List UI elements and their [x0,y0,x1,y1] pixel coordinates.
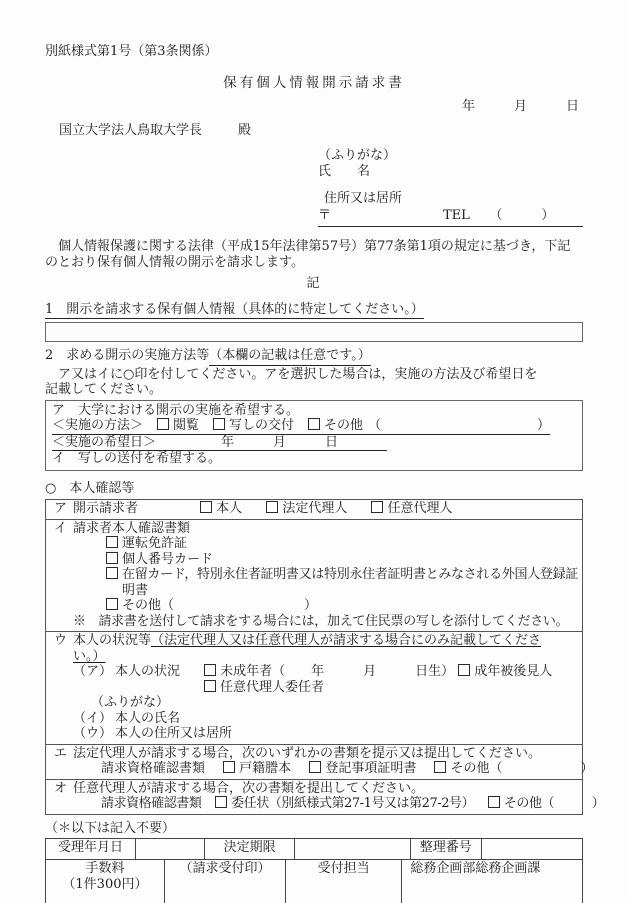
disclosure-method-box: ア 大学における開示の実施を希望する。 ＜実施の方法＞ 閲覧 写しの交付 その他… [45,400,583,471]
checkbox-option-zairyu[interactable]: 在留カード，特別永住者証明書又は特別永住者証明書とみなされる外国人登録証 [106,567,577,583]
row-u-title-line1: 本人の状況等（法定代理人又は任意代理人が請求する場合にのみ記載してくださ [73,633,577,649]
form-number: 別紙様式第1号（第3条関係） [45,44,583,60]
checkbox-icon [213,418,225,430]
fee-sub-label: （1件300円） [50,877,160,893]
checkbox-icon [200,501,212,513]
body-paragraph: 個人情報保護に関する法律（平成15年法律第57号）第77条第1項の規定に基づき，… [45,239,583,270]
row-label: ア [54,501,67,517]
row-u-note-part2: い。） [73,649,106,664]
option-i-line[interactable]: イ 写しの送付を希望する。 [52,451,578,467]
receipt-date-blank [135,839,204,859]
checkbox-option-etsuran[interactable]: 閲覧 [157,418,199,434]
minor-birthdate-blank[interactable]: （ 年 月 日生） [272,664,454,679]
name-label: 氏 名 [318,164,583,180]
row-a-title: 開示請求者 [73,501,138,516]
checkbox-option-mynumber[interactable]: 個人番号カード [106,552,577,568]
desired-date-row: ＜実施の希望日＞ 年 月 日 [52,435,578,452]
table-row-a: ア 開示請求者 本人 法定代理人 任意代理人 [46,500,582,519]
checkbox-option-adult-ward[interactable]: 成年被後見人 [458,664,552,679]
tel-label: TEL [443,208,470,224]
checkbox-option-sonota[interactable]: その他 [308,418,363,434]
honorific-label: 殿 [238,123,251,138]
checkbox-icon [215,796,227,808]
checkbox-option-koseki[interactable]: 戸籍謄本 [223,761,291,776]
desired-date-field[interactable]: ＜実施の希望日＞ 年 月 日 [52,435,387,452]
table-row-o: オ 任意代理人が請求する場合，次の書類を提出してください。 請求資格確認書類 委… [46,779,582,814]
identity-table: ア 開示請求者 本人 法定代理人 任意代理人 イ 請求者本人確認書類 運転免許証… [45,499,583,815]
checkbox-icon [106,552,118,564]
checkbox-option-ininjo[interactable]: 委任状（別紙様式第27-1号又は第27-2号） [215,796,474,811]
ki-heading: 記 [45,276,583,292]
applicant-block: （ふりがな） 氏 名 住所又は居所 〒 TEL （ ） [318,148,583,227]
checkbox-icon [204,680,216,692]
body-line-1: 個人情報保護に関する法律（平成15年法律第57号）第77条第1項の規定に基づき，… [45,239,583,255]
row-o-title: 任意代理人が請求する場合，次の書類を提出してください。 [73,781,577,797]
checkbox-option-minor[interactable]: 未成年者 [204,664,272,679]
checkbox-option-toki[interactable]: 登記事項証明書 [309,761,416,776]
tel-paren-blank[interactable]: （ ） [470,208,555,224]
checkbox-label: その他（ ） [122,598,317,613]
body-line-2: のとおり保有個人情報の開示を請求します。 [45,255,583,271]
other-close-paren: ） [537,418,550,434]
method-line: ＜実施の方法＞ 閲覧 写しの交付 その他 （ ） [52,418,550,435]
checkbox-label: 成年被後見人 [474,664,552,679]
person-name-line: （イ）本人の氏名 [73,711,577,727]
checkbox-icon [488,796,500,808]
checkbox-option-other-doc[interactable]: その他（ ） [106,598,577,614]
checkbox-option-nini-dairinin[interactable]: 任意代理人 [371,501,452,516]
row-e-title: 法定代理人が請求する場合，次のいずれかの書類を提示又は提出してください。 [73,746,577,762]
date-line: 年 月 日 [45,99,583,115]
checkbox-option-hotei-dairinin[interactable]: 法定代理人 [266,501,347,516]
checkbox-icon [223,761,235,773]
table-row-u: ウ 本人の状況等（法定代理人又は任意代理人が請求する場合にのみ記載してくださ い… [46,631,582,744]
furigana-label: （ふりがな） [91,695,577,711]
document-page: 別紙様式第1号（第3条関係） 保有個人情報開示請求書 年 月 日 国立大学法人鳥… [0,0,630,903]
office-table-row1: 受理年月日 決定期限 整理番号 [46,839,582,859]
row-o-docs-line: 請求資格確認書類 委任状（別紙様式第27-1号又は第27-2号） その他（ ） [101,796,577,812]
docs-label: 請求資格確認書類 [101,761,205,776]
section2-instruction-line1: ア又はイに○印を付してください。アを選択した場合は，実施の方法及び希望日を [45,367,583,383]
page-title: 保有個人情報開示請求書 [45,76,583,92]
decision-deadline-blank [294,839,410,859]
checkbox-icon [106,536,118,548]
row-i-title: 請求者本人確認書類 [73,521,577,537]
checkbox-option-delegator[interactable]: 任意代理人委任者 [204,680,577,696]
checkbox-label: 本人 [216,501,242,516]
checkbox-label: その他（ ） [450,761,593,776]
person-address-title: 本人の住所又は居所 [115,726,232,741]
checkbox-option-utsushi[interactable]: 写しの交付 [213,418,294,434]
checkbox-icon [434,761,446,773]
docs-label: 請求資格確認書類 [101,796,201,811]
checkbox-icon [371,501,383,513]
checkbox-icon [106,598,118,610]
sub-label-a: （ア） [73,664,115,680]
reference-number-blank [481,839,582,859]
office-use-table: 受理年月日 決定期限 整理番号 手数料 （1件300円） （請求受付印） 受付担… [45,838,583,903]
checkbox-label: 運転免許証 [122,536,187,551]
row-label: イ [54,521,67,537]
receipt-stamp-label: （請求受付印） [164,860,285,903]
addressee-line: 国立大学法人鳥取大学長殿 [59,123,583,139]
addressee-name: 国立大学法人鳥取大学長 [59,123,202,138]
zairyu-continuation: 明書 [122,583,577,599]
fee-cell: 手数料 （1件300円） [46,860,164,903]
row-e-docs-line: 請求資格確認書類 戸籍謄本 登記事項証明書 その他（ ） [101,761,577,777]
checkbox-label: 閲覧 [173,418,199,433]
person-address-line: （ウ）本人の住所又は居所 [73,726,577,742]
checkbox-icon [308,418,320,430]
office-use-note: （＊以下は記入不要） [45,821,583,837]
request-detail-input[interactable] [45,322,583,342]
furigana-label: （ふりがな） [318,148,583,164]
checkbox-icon [204,664,216,676]
checkbox-label: 戸籍謄本 [239,761,291,776]
section1-heading: 1 開示を請求する保有個人情報（具体的に特定してください。） [45,302,583,320]
person-name-title: 本人の氏名 [115,711,180,726]
checkbox-label: 在留カード，特別永住者証明書又は特別永住者証明書とみなされる外国人登録証 [122,567,578,582]
checkbox-option-honnin[interactable]: 本人 [200,501,242,516]
row-u-title: 本人の状況等 [73,633,151,648]
checkbox-label: 個人番号カード [122,552,213,567]
reference-number-label: 整理番号 [410,839,481,859]
row-label: エ [54,746,67,762]
address-label: 住所又は居所 [324,191,583,207]
checkbox-option-other-e[interactable]: その他（ ） [434,761,593,776]
postal-tel-field[interactable]: 〒 TEL （ ） [318,208,583,228]
checkbox-label: その他 [324,418,363,433]
checkbox-label: 登記事項証明書 [325,761,416,776]
section2-instruction-line2: 記載してください。 [39,382,583,398]
person-status-title: 本人の状況 [115,664,180,679]
identity-section-heading: ○ 本人確認等 [45,481,583,497]
fee-label: 手数料 [50,861,160,877]
table-row-e: エ 法定代理人が請求する場合，次のいずれかの書類を提示又は提出してください。 請… [46,744,582,779]
checkbox-option-license[interactable]: 運転免許証 [106,536,577,552]
reception-staff-label: 受付担当 [285,860,401,903]
receipt-date-label: 受理年月日 [46,839,135,859]
section2-heading: 2 求める開示の実施方法等（本欄の記載は任意です。） [45,348,583,366]
checkbox-label: 法定代理人 [282,501,347,516]
checkbox-label: 委任状（別紙様式第27-1号又は第27-2号） [231,796,474,811]
sub-label-u: （ウ） [73,726,115,742]
row-label: オ [54,781,67,797]
table-row-i: イ 請求者本人確認書類 運転免許証 個人番号カード 在留カード，特別永住者証明書… [46,519,582,632]
checkbox-icon [309,761,321,773]
method-label: ＜実施の方法＞ [52,418,143,434]
row-u-note-part1: （法定代理人又は任意代理人が請求する場合にのみ記載してくださ [151,633,541,648]
checkbox-icon [458,664,470,676]
sub-label-i: （イ） [73,711,115,727]
row-u-title-line2: い。） [73,649,577,665]
other-open-paren: （ [368,418,381,434]
checkbox-icon [106,567,118,579]
checkbox-icon [266,501,278,513]
office-table-row2: 手数料 （1件300円） （請求受付印） 受付担当 総務企画部総務企画課 [46,859,582,903]
checkbox-label: その他（ ） [504,796,604,811]
checkbox-label: 任意代理人委任者 [220,680,324,695]
section2-heading-note: （本欄の記載は任意です。） [209,348,370,366]
option-a-line[interactable]: ア 大学における開示の実施を希望する。 [52,403,578,419]
checkbox-label: 未成年者 [220,664,272,679]
decision-deadline-label: 決定期限 [204,839,294,859]
checkbox-label: 任意代理人 [387,501,452,516]
row-label: ウ [54,633,67,649]
person-status-line: （ア）本人の状況 未成年者（ 年 月 日生）成年被後見人 [73,664,577,680]
mailing-note: ※ 請求書を送付して請求をする場合には，加えて住民票の写しを添付してください。 [73,614,577,630]
department-name: 総務企画部総務企画課 [401,860,582,903]
checkbox-option-other-o[interactable]: その他（ ） [488,796,604,811]
checkbox-label: 写しの交付 [229,418,294,433]
section2-heading-text: 2 求める開示の実施方法等 [45,348,209,363]
postal-mark: 〒 [318,208,331,224]
checkbox-icon [157,418,169,430]
